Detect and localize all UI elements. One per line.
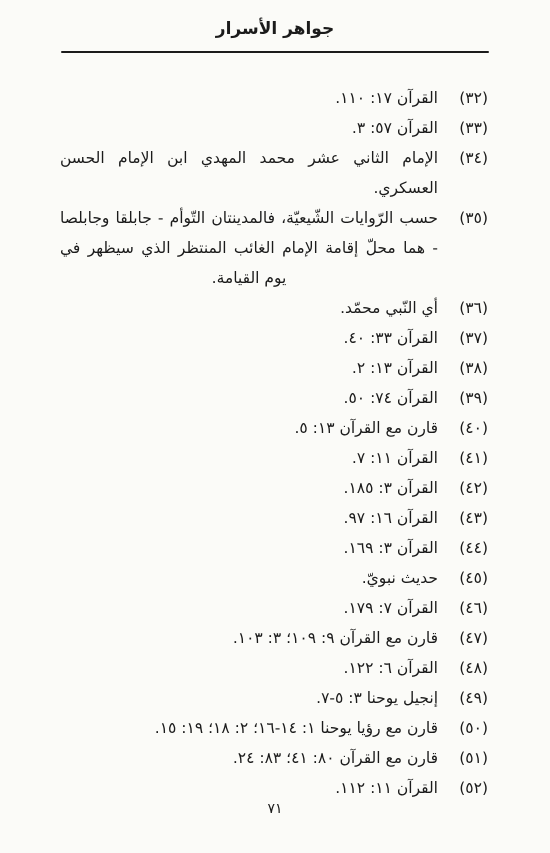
endnote-text: إنجيل يوحنا ٣: ٥-٧. bbox=[60, 683, 438, 713]
endnote-text: قارن مع رؤيا يوحنا ١: ١٤-١٦؛ ٢: ١٨؛ ١٩: … bbox=[60, 713, 438, 743]
endnote-text: حسب الرّوايات الشّيعيّة، فالمدينتان التّ… bbox=[60, 203, 438, 293]
endnote-number: (٣٣) bbox=[446, 113, 488, 143]
endnote-text: القرآن ٧٤: ٥٠. bbox=[60, 383, 438, 413]
page-header: جواهر الأسرار bbox=[0, 0, 550, 53]
endnote-number: (٤٤) bbox=[446, 533, 488, 563]
endnote-text: القرآن ٧: ١٧٩. bbox=[60, 593, 438, 623]
endnote-item: (٥٠) قارن مع رؤيا يوحنا ١: ١٤-١٦؛ ٢: ١٨؛… bbox=[60, 713, 488, 743]
endnote-number: (٣٧) bbox=[446, 323, 488, 353]
endnote-text: القرآن ٣٣: ٤٠. bbox=[60, 323, 438, 353]
endnote-item: (٣٧) القرآن ٣٣: ٤٠. bbox=[60, 323, 488, 353]
endnote-number: (٥٠) bbox=[446, 713, 488, 743]
endnote-item: (٤٧) قارن مع القرآن ٩: ١٠٩؛ ٣: ١٠٣. bbox=[60, 623, 488, 653]
endnote-number: (٣٩) bbox=[446, 383, 488, 413]
endnote-text: حديث نبويّ. bbox=[60, 563, 438, 593]
endnote-item: (٣٦) أي النّبي محمّد. bbox=[60, 293, 488, 323]
endnote-text: الإمام الثاني عشر محمد المهدي ابن الإمام… bbox=[60, 143, 438, 203]
endnote-item: (٤٤) القرآن ٣: ١٦٩. bbox=[60, 533, 488, 563]
endnote-item: (٤٥) حديث نبويّ. bbox=[60, 563, 488, 593]
endnote-number: (٣٦) bbox=[446, 293, 488, 323]
endnote-text: قارن مع القرآن ١٣: ٥. bbox=[60, 413, 438, 443]
endnote-item: (٣٣) القرآن ٥٧: ٣. bbox=[60, 113, 488, 143]
endnote-number: (٤٦) bbox=[446, 593, 488, 623]
endnote-item: (٤٢) القرآن ٣: ١٨٥. bbox=[60, 473, 488, 503]
endnote-number: (٤٠) bbox=[446, 413, 488, 443]
endnote-number: (٤١) bbox=[446, 443, 488, 473]
endnote-number: (٤٩) bbox=[446, 683, 488, 713]
endnote-text: القرآن ٦: ١٢٢. bbox=[60, 653, 438, 683]
endnote-text: قارن مع القرآن ٨٠: ٤١؛ ٨٣: ٢٤. bbox=[60, 743, 438, 773]
endnote-item: (٤٣) القرآن ١٦: ٩٧. bbox=[60, 503, 488, 533]
header-rule bbox=[61, 51, 489, 53]
endnote-text: القرآن ١٧: ١١٠. bbox=[60, 83, 438, 113]
endnote-number: (٥١) bbox=[446, 743, 488, 773]
endnote-number: (٤٣) bbox=[446, 503, 488, 533]
endnote-text: القرآن ١٣: ٢. bbox=[60, 353, 438, 383]
endnote-text: القرآن ١١: ٧. bbox=[60, 443, 438, 473]
endnote-number: (٣٥) bbox=[446, 203, 488, 293]
endnote-text: القرآن ٣: ١٨٥. bbox=[60, 473, 438, 503]
endnote-text: القرآن ٥٧: ٣. bbox=[60, 113, 438, 143]
endnote-number: (٤٢) bbox=[446, 473, 488, 503]
endnote-text: القرآن ٣: ١٦٩. bbox=[60, 533, 438, 563]
endnote-text: أي النّبي محمّد. bbox=[60, 293, 438, 323]
endnote-item: (٤١) القرآن ١١: ٧. bbox=[60, 443, 488, 473]
book-title: جواهر الأسرار bbox=[0, 16, 550, 42]
endnote-item: (٣٥) حسب الرّوايات الشّيعيّة، فالمدينتان… bbox=[60, 203, 488, 293]
endnote-number: (٤٧) bbox=[446, 623, 488, 653]
endnote-text: القرآن ١٦: ٩٧. bbox=[60, 503, 438, 533]
endnote-number: (٣٢) bbox=[446, 83, 488, 113]
book-page: جواهر الأسرار (٣٢) القرآن ١٧: ١١٠. (٣٣) … bbox=[0, 0, 550, 853]
endnote-item: (٥١) قارن مع القرآن ٨٠: ٤١؛ ٨٣: ٢٤. bbox=[60, 743, 488, 773]
endnote-item: (٣٨) القرآن ١٣: ٢. bbox=[60, 353, 488, 383]
endnote-text: قارن مع القرآن ٩: ١٠٩؛ ٣: ١٠٣. bbox=[60, 623, 438, 653]
endnote-item: (٣٢) القرآن ١٧: ١١٠. bbox=[60, 83, 488, 113]
endnote-item: (٤٨) القرآن ٦: ١٢٢. bbox=[60, 653, 488, 683]
endnote-number: (٤٥) bbox=[446, 563, 488, 593]
endnote-number: (٣٨) bbox=[446, 353, 488, 383]
endnote-number: (٣٤) bbox=[446, 143, 488, 203]
endnote-item: (٣٩) القرآن ٧٤: ٥٠. bbox=[60, 383, 488, 413]
endnotes-list: (٣٢) القرآن ١٧: ١١٠. (٣٣) القرآن ٥٧: ٣. … bbox=[60, 83, 488, 803]
endnote-item: (٤٦) القرآن ٧: ١٧٩. bbox=[60, 593, 488, 623]
endnote-item: (٣٤) الإمام الثاني عشر محمد المهدي ابن ا… bbox=[60, 143, 488, 203]
endnote-item: (٤٩) إنجيل يوحنا ٣: ٥-٧. bbox=[60, 683, 488, 713]
page-number: ٧١ bbox=[0, 797, 550, 821]
endnote-item: (٤٠) قارن مع القرآن ١٣: ٥. bbox=[60, 413, 488, 443]
endnote-number: (٤٨) bbox=[446, 653, 488, 683]
